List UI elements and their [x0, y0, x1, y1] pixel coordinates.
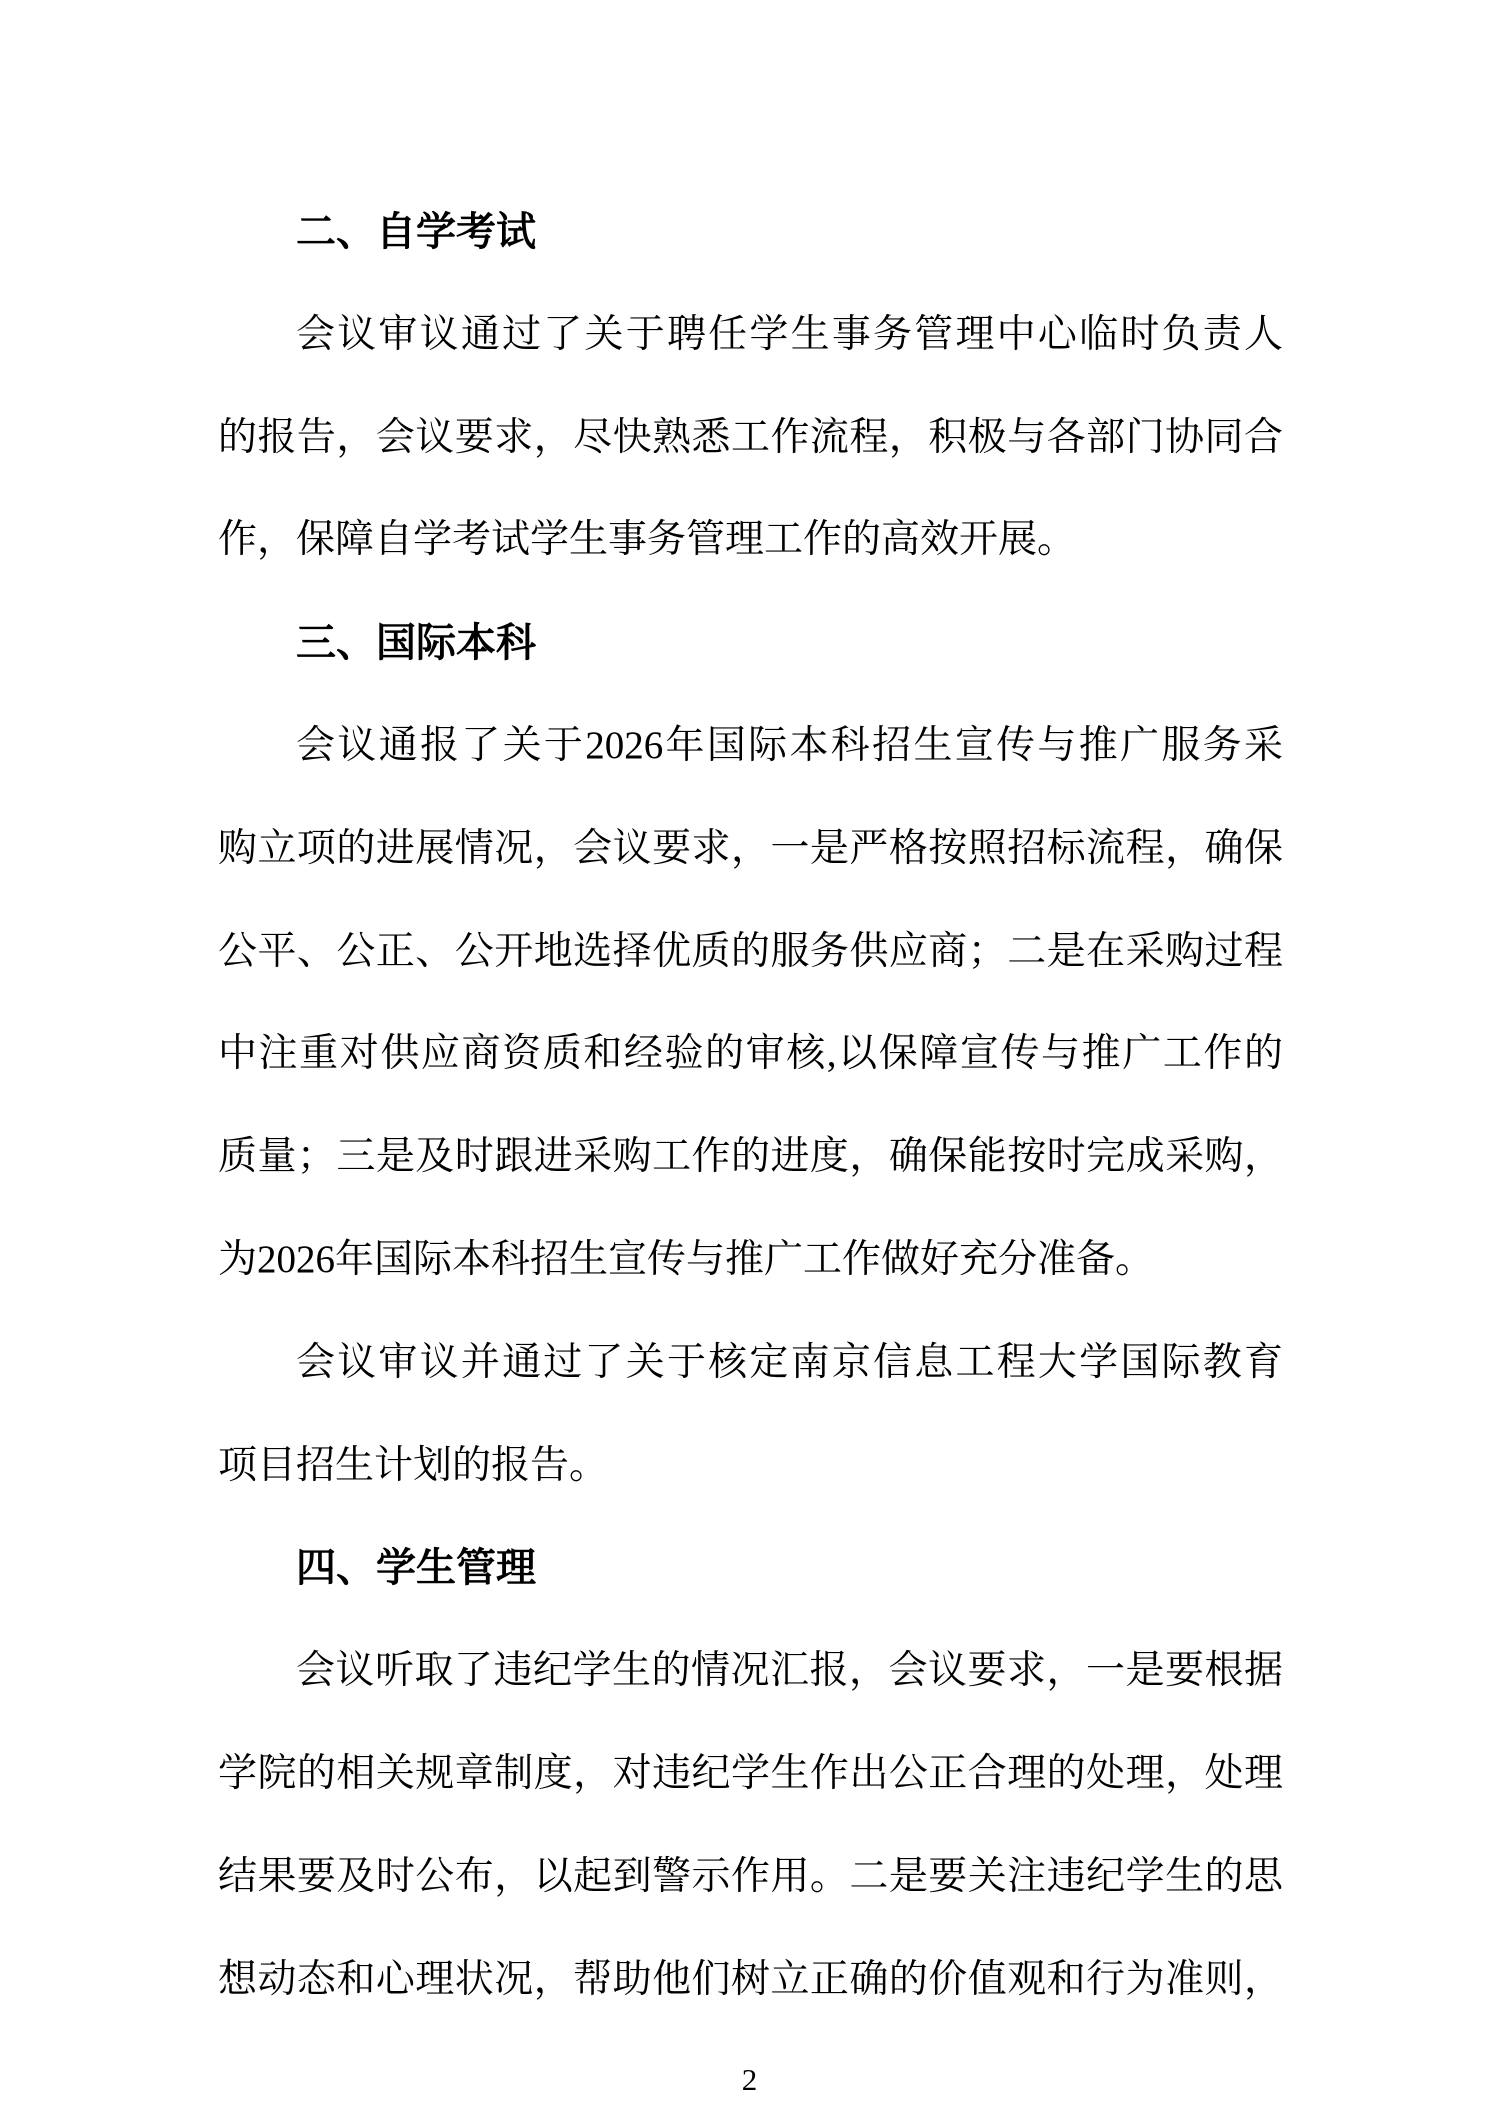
section-heading: 三、国际本科 [218, 592, 1283, 695]
paragraph-line: 结果要及时公布，以起到警示作用。二是要关注违纪学生的思 [218, 1826, 1283, 1929]
paragraph-line: 会议听取了违纪学生的情况汇报，会议要求，一是要根据 [218, 1620, 1283, 1723]
paragraph-line: 学院的相关规章制度，对违纪学生作出公正合理的处理，处理 [218, 1723, 1283, 1826]
paragraph-line: 购立项的进展情况，会议要求，一是严格按照招标流程，确保 [218, 798, 1283, 901]
paragraph-line: 为2026年国际本科招生宣传与推广工作做好充分准备。 [218, 1209, 1283, 1312]
paragraph-line: 项目招生计划的报告。 [218, 1415, 1283, 1518]
document-body: 二、自学考试会议审议通过了关于聘任学生事务管理中心临时负责人的报告，会议要求，尽… [218, 181, 1283, 2031]
paragraph: 会议审议并通过了关于核定南京信息工程大学国际教育项目招生计划的报告。 [218, 1312, 1283, 1518]
paragraph: 会议审议通过了关于聘任学生事务管理中心临时负责人的报告，会议要求，尽快熟悉工作流… [218, 284, 1283, 592]
paragraph-line: 作，保障自学考试学生事务管理工作的高效开展。 [218, 489, 1283, 592]
paragraph: 会议听取了违纪学生的情况汇报，会议要求，一是要根据学院的相关规章制度，对违纪学生… [218, 1620, 1283, 2031]
paragraph-line: 会议审议并通过了关于核定南京信息工程大学国际教育 [218, 1312, 1283, 1415]
paragraph: 会议通报了关于2026年国际本科招生宣传与推广服务采购立项的进展情况，会议要求，… [218, 695, 1283, 1312]
document-page: 二、自学考试会议审议通过了关于聘任学生事务管理中心临时负责人的报告，会议要求，尽… [0, 0, 1499, 2121]
paragraph-line: 公平、公正、公开地选择优质的服务供应商；二是在采购过程 [218, 901, 1283, 1004]
page-number: 2 [0, 2063, 1499, 2097]
paragraph-line: 会议通报了关于2026年国际本科招生宣传与推广服务采 [218, 695, 1283, 798]
paragraph-line: 中注重对供应商资质和经验的审核,以保障宣传与推广工作的 [218, 1003, 1283, 1106]
section-heading: 四、学生管理 [218, 1517, 1283, 1620]
paragraph-line: 想动态和心理状况，帮助他们树立正确的价值观和行为准则， [218, 1929, 1283, 2032]
paragraph-line: 质量；三是及时跟进采购工作的进度，确保能按时完成采购， [218, 1106, 1283, 1209]
section-heading: 二、自学考试 [218, 181, 1283, 284]
paragraph-line: 会议审议通过了关于聘任学生事务管理中心临时负责人 [218, 284, 1283, 387]
paragraph-line: 的报告，会议要求，尽快熟悉工作流程，积极与各部门协同合 [218, 387, 1283, 490]
